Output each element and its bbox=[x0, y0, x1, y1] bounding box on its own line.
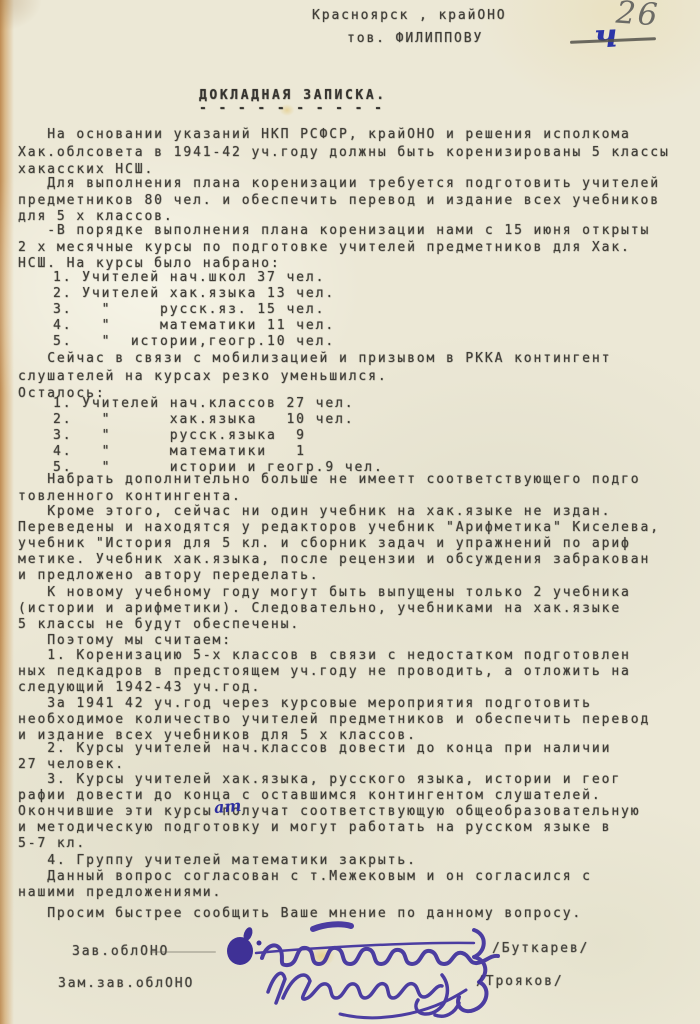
signature-2-body bbox=[283, 975, 442, 999]
ink-blot bbox=[227, 937, 253, 965]
stray-ink-dash bbox=[313, 924, 351, 929]
ink-blot-dot bbox=[257, 941, 262, 946]
signature-ink-overlay bbox=[0, 0, 700, 1024]
scanned-document-page: Красноярск , крайОНО тов. ФИЛИППОВУ 26 ч… bbox=[0, 0, 700, 1024]
